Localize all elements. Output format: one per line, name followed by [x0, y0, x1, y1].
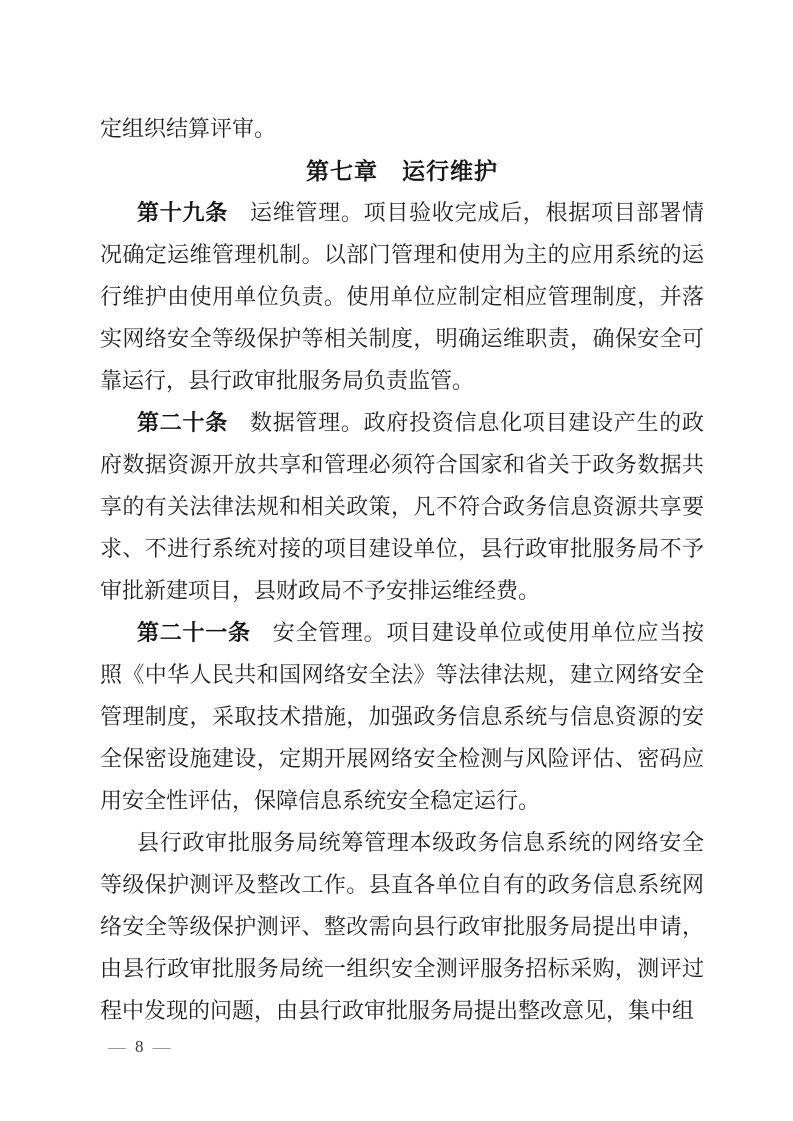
document-page: 定组织结算评审。 第七章 运行维护 第十九条运维管理。项目验收完成后，根据项目部… [0, 0, 793, 1121]
footer-dash-right: — [153, 1037, 171, 1058]
article-19-number: 第十九条 [137, 200, 228, 225]
paragraph-security-review: 县行政审批服务局统筹管理本级政务信息系统的网络安全等级保护测评及整改工作。县直各… [100, 822, 704, 1032]
paragraph-article-19: 第十九条运维管理。项目验收完成后，根据项目部署情况确定运维管理机制。以部门管理和… [100, 192, 704, 402]
document-body: 定组织结算评审。 第七章 运行维护 第十九条运维管理。项目验收完成后，根据项目部… [100, 108, 704, 1032]
paragraph-article-20: 第二十条数据管理。政府投资信息化项目建设产生的政府数据资源开放共享和管理必须符合… [100, 402, 704, 612]
page-number: 8 [135, 1037, 144, 1057]
article-19-text: 运维管理。项目验收完成后，根据项目部署情况确定运维管理机制。以部门管理和使用为主… [100, 200, 704, 393]
page-footer: — 8 — [108, 1035, 171, 1059]
chapter-heading: 第七章 运行维护 [100, 150, 704, 192]
article-20-number: 第二十条 [137, 410, 228, 435]
footer-dash-left: — [108, 1037, 126, 1058]
article-20-text: 数据管理。政府投资信息化项目建设产生的政府数据资源开放共享和管理必须符合国家和省… [100, 410, 704, 603]
security-review-text: 县行政审批服务局统筹管理本级政务信息系统的网络安全等级保护测评及整改工作。县直各… [100, 830, 704, 1023]
article-21-text: 安全管理。项目建设单位或使用单位应当按照《中华人民共和国网络安全法》等法律法规，… [100, 620, 704, 813]
continuation-line: 定组织结算评审。 [100, 108, 704, 150]
paragraph-article-21: 第二十一条安全管理。项目建设单位或使用单位应当按照《中华人民共和国网络安全法》等… [100, 612, 704, 822]
article-21-number: 第二十一条 [137, 620, 251, 645]
